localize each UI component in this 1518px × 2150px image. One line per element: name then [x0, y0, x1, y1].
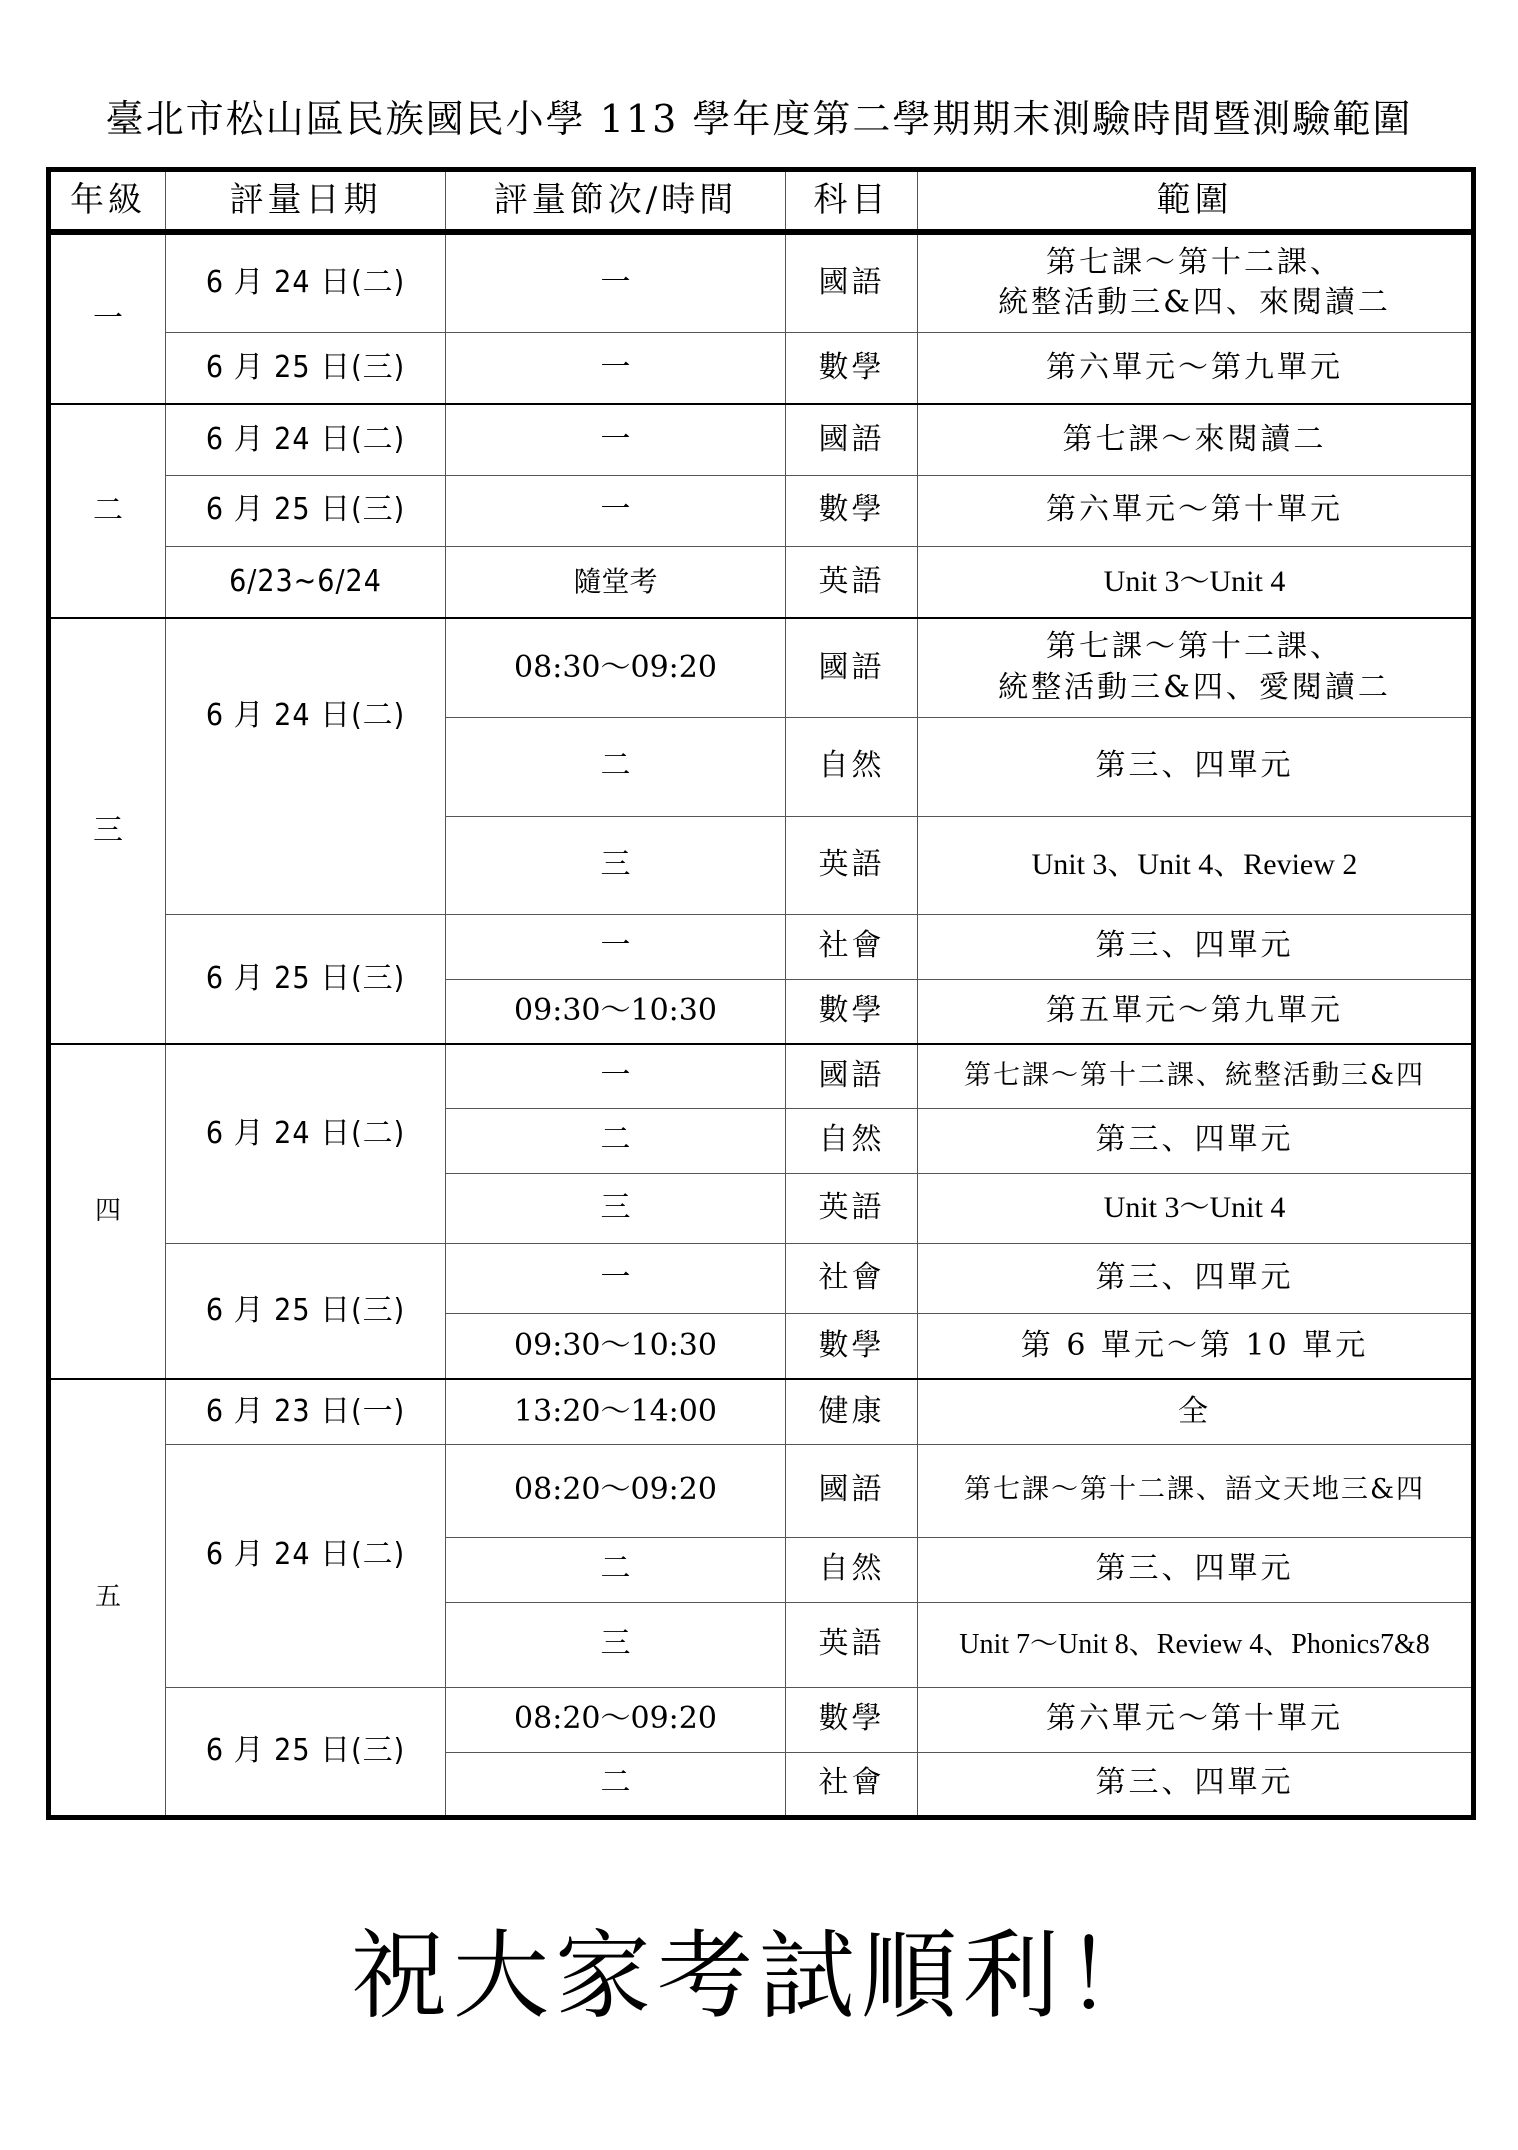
scope-line: 統整活動三&四、愛閱讀二 — [918, 668, 1471, 709]
period-cell: 三 — [446, 816, 786, 914]
scope-cell: 第三、四單元 — [918, 914, 1474, 979]
grade-cell: 四 — [49, 1044, 166, 1379]
scope-cell: 第三、四單元 — [918, 717, 1474, 816]
header-period: 評量節次/時間 — [446, 170, 786, 233]
subject-cell: 國語 — [786, 232, 918, 332]
table-row: 6 月 24 日(二) 08:20～09:20 國語 第七課～第十二課、語文天地… — [49, 1444, 1474, 1537]
grade-5-group: 五 6 月 23 日(一) 13:20～14:00 健康 全 6 月 24 日(… — [49, 1379, 1474, 1817]
scope-line: 第七課～第十二課、 — [918, 627, 1471, 668]
scope-cell: 第三、四單元 — [918, 1752, 1474, 1817]
period-cell: 一 — [446, 475, 786, 546]
subject-cell: 數學 — [786, 475, 918, 546]
period-cell: 隨堂考 — [446, 546, 786, 618]
date-cell: 6 月 25 日(三) — [166, 1243, 446, 1379]
scope-cell: 第六單元～第十單元 — [918, 475, 1474, 546]
period-cell: 08:30～09:20 — [446, 618, 786, 717]
table-row: 五 6 月 23 日(一) 13:20～14:00 健康 全 — [49, 1379, 1474, 1444]
table-row: 6 月 25 日(三) 一 數學 第六單元～第十單元 — [49, 475, 1474, 546]
period-cell: 09:30～10:30 — [446, 979, 786, 1044]
period-cell: 三 — [446, 1602, 786, 1687]
header-scope: 範圍 — [918, 170, 1474, 233]
period-cell: 三 — [446, 1173, 786, 1243]
table-row: 二 6 月 24 日(二) 一 國語 第七課～來閱讀二 — [49, 404, 1474, 475]
subject-cell: 英語 — [786, 1173, 918, 1243]
period-cell: 13:20～14:00 — [446, 1379, 786, 1444]
period-cell: 一 — [446, 232, 786, 332]
grade-3-group: 三 6 月 24 日(二) 08:30～09:20 國語 第七課～第十二課、 統… — [49, 618, 1474, 1044]
table-row: 一 6 月 24 日(二) 一 國語 第七課～第十二課、 統整活動三&四、來閱讀… — [49, 232, 1474, 332]
date-cell: 6 月 25 日(三) — [166, 1687, 446, 1817]
subject-cell: 國語 — [786, 1044, 918, 1108]
subject-cell: 國語 — [786, 618, 918, 717]
header-subject: 科目 — [786, 170, 918, 233]
period-cell: 一 — [446, 404, 786, 475]
date-cell: 6/23~6/24 — [166, 546, 446, 618]
scope-cell: 第六單元～第十單元 — [918, 1687, 1474, 1752]
period-cell: 08:20～09:20 — [446, 1687, 786, 1752]
scope-text: Unit 3～Unit 4 — [1104, 565, 1286, 598]
subject-cell: 社會 — [786, 1243, 918, 1313]
table-header-row: 年級 評量日期 評量節次/時間 科目 範圍 — [49, 170, 1474, 233]
subject-cell: 自然 — [786, 1108, 918, 1173]
period-cell: 一 — [446, 914, 786, 979]
subject-cell: 數學 — [786, 1687, 918, 1752]
subject-cell: 英語 — [786, 1602, 918, 1687]
scope-cell: 第三、四單元 — [918, 1243, 1474, 1313]
scope-cell: 第三、四單元 — [918, 1108, 1474, 1173]
good-luck-message: 祝大家考試順利！ — [0, 1900, 1518, 2037]
table-row: 6/23~6/24 隨堂考 英語 Unit 3～Unit 4 — [49, 546, 1474, 618]
date-cell: 6 月 24 日(二) — [166, 618, 446, 914]
period-cell: 一 — [446, 332, 786, 404]
grade-4-group: 四 6 月 24 日(二) 一 國語 第七課～第十二課、統整活動三&四 二 自然… — [49, 1044, 1474, 1379]
date-cell: 6 月 24 日(二) — [166, 404, 446, 475]
scope-cell: Unit 7～Unit 8、Review 4、Phonics7&8 — [918, 1602, 1474, 1687]
subject-cell: 英語 — [786, 816, 918, 914]
date-cell: 6 月 25 日(三) — [166, 332, 446, 404]
period-cell: 一 — [446, 1243, 786, 1313]
grade-1-group: 一 6 月 24 日(二) 一 國語 第七課～第十二課、 統整活動三&四、來閱讀… — [49, 232, 1474, 404]
subject-cell: 健康 — [786, 1379, 918, 1444]
scope-text: Unit 7～Unit 8、Review 4、Phonics7&8 — [959, 1629, 1430, 1660]
table-row: 6 月 25 日(三) 一 社會 第三、四單元 — [49, 1243, 1474, 1313]
scope-cell: 第五單元～第九單元 — [918, 979, 1474, 1044]
period-cell: 二 — [446, 1752, 786, 1817]
period-cell: 08:20～09:20 — [446, 1444, 786, 1537]
subject-cell: 社會 — [786, 1752, 918, 1817]
period-cell: 一 — [446, 1044, 786, 1108]
scope-cell: 第七課～第十二課、 統整活動三&四、愛閱讀二 — [918, 618, 1474, 717]
grade-cell: 五 — [49, 1379, 166, 1817]
grade-cell: 一 — [49, 232, 166, 404]
scope-cell: 第七課～第十二課、 統整活動三&四、來閱讀二 — [918, 232, 1474, 332]
date-cell: 6 月 24 日(二) — [166, 232, 446, 332]
scope-cell: 第 6 單元～第 10 單元 — [918, 1313, 1474, 1379]
scope-cell: 第六單元～第九單元 — [918, 332, 1474, 404]
table-row: 三 6 月 24 日(二) 08:30～09:20 國語 第七課～第十二課、 統… — [49, 618, 1474, 717]
page-title: 臺北市松山區民族國民小學 113 學年度第二學期期末測驗時間暨測驗範圍 — [0, 88, 1518, 143]
subject-cell: 數學 — [786, 979, 918, 1044]
table-row: 6 月 25 日(三) 08:20～09:20 數學 第六單元～第十單元 — [49, 1687, 1474, 1752]
scope-cell: Unit 3、Unit 4、Review 2 — [918, 816, 1474, 914]
subject-cell: 數學 — [786, 332, 918, 404]
period-cell: 二 — [446, 1537, 786, 1602]
period-cell: 09:30～10:30 — [446, 1313, 786, 1379]
subject-cell: 國語 — [786, 404, 918, 475]
period-cell: 二 — [446, 717, 786, 816]
date-cell: 6 月 25 日(三) — [166, 914, 446, 1044]
subject-cell: 數學 — [786, 1313, 918, 1379]
scope-cell: 第三、四單元 — [918, 1537, 1474, 1602]
table-row: 6 月 25 日(三) 一 數學 第六單元～第九單元 — [49, 332, 1474, 404]
date-cell: 6 月 23 日(一) — [166, 1379, 446, 1444]
scope-cell: 第七課～第十二課、語文天地三&四 — [918, 1444, 1474, 1537]
date-cell: 6 月 24 日(二) — [166, 1444, 446, 1687]
date-cell: 6 月 25 日(三) — [166, 475, 446, 546]
date-cell: 6 月 24 日(二) — [166, 1044, 446, 1243]
exam-schedule-table: 年級 評量日期 評量節次/時間 科目 範圍 一 6 月 24 日(二) 一 國語… — [46, 167, 1476, 1820]
scope-cell: Unit 3～Unit 4 — [918, 546, 1474, 618]
grade-2-group: 二 6 月 24 日(二) 一 國語 第七課～來閱讀二 6 月 25 日(三) … — [49, 404, 1474, 618]
scope-cell: 第七課～第十二課、統整活動三&四 — [918, 1044, 1474, 1108]
scope-line: 統整活動三&四、來閱讀二 — [918, 283, 1471, 324]
table-row: 6 月 25 日(三) 一 社會 第三、四單元 — [49, 914, 1474, 979]
subject-cell: 自然 — [786, 717, 918, 816]
header-grade: 年級 — [49, 170, 166, 233]
header-date: 評量日期 — [166, 170, 446, 233]
scope-text: Unit 3、Unit 4、Review 2 — [1032, 848, 1358, 881]
scope-cell: 第七課～來閱讀二 — [918, 404, 1474, 475]
scope-line: 第七課～第十二課、 — [918, 243, 1471, 284]
subject-cell: 英語 — [786, 546, 918, 618]
subject-cell: 自然 — [786, 1537, 918, 1602]
period-cell: 二 — [446, 1108, 786, 1173]
grade-cell: 二 — [49, 404, 166, 618]
scope-cell: 全 — [918, 1379, 1474, 1444]
scope-text: Unit 3～Unit 4 — [1104, 1191, 1286, 1224]
grade-cell: 三 — [49, 618, 166, 1044]
subject-cell: 社會 — [786, 914, 918, 979]
table-row: 四 6 月 24 日(二) 一 國語 第七課～第十二課、統整活動三&四 — [49, 1044, 1474, 1108]
subject-cell: 國語 — [786, 1444, 918, 1537]
scope-cell: Unit 3～Unit 4 — [918, 1173, 1474, 1243]
